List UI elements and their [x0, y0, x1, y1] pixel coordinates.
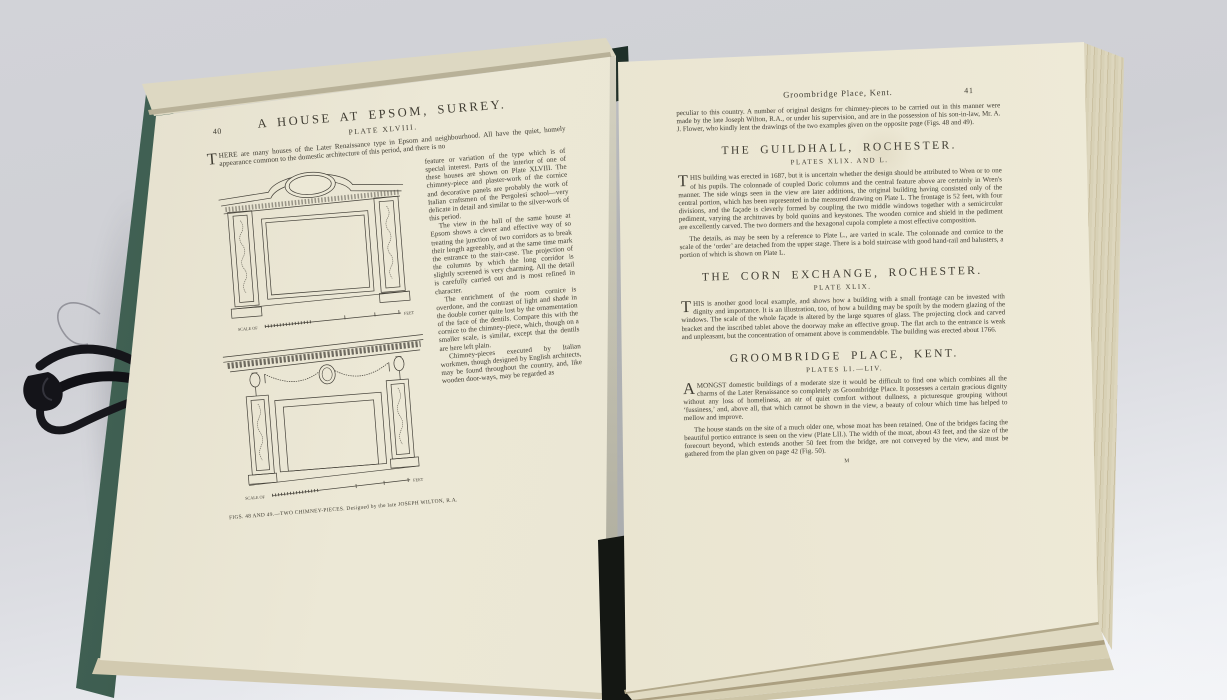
chimney-piece-drawing: SCALE OF FEET	[202, 154, 442, 510]
running-header-title: Groombridge Place, Kent.	[783, 87, 893, 100]
continuation-paragraph: peculiar to this country. A number of or…	[676, 101, 1001, 133]
section-paragraph-text: HIS is another good local example, and s…	[681, 292, 1005, 341]
scale-label: SCALE OF	[238, 325, 259, 332]
feet-label: FEET	[413, 477, 424, 483]
section-paragraph-text: HIS building was erected in 1687, but it…	[678, 167, 1003, 232]
right-page-number: 41	[964, 86, 974, 95]
drop-cap: T	[678, 174, 690, 188]
column-paragraph: The view in the hall of the same house a…	[430, 212, 576, 296]
upper-scale-bar: SCALE OF FEET	[237, 309, 415, 332]
feet-label: FEET	[404, 310, 415, 316]
column-paragraph: feature or variation of the type which i…	[424, 147, 570, 223]
left-page-number: 40	[212, 127, 222, 137]
left-page-content: 40 A HOUSE AT EPSOM, SURREY. PLATE XLVII…	[195, 84, 598, 521]
chimney-piece-figure: SCALE OF FEET	[202, 154, 443, 521]
right-page-content: Groombridge Place, Kent. 41 peculiar to …	[676, 84, 1009, 468]
section-paragraph: THIS building was erected in 1687, but i…	[678, 167, 1003, 232]
section-paragraph: The house stands on the site of a much o…	[684, 418, 1009, 459]
scale-label: SCALE OF	[245, 494, 266, 501]
drop-cap: A	[683, 382, 697, 396]
lower-scale-bar: SCALE OF FEET	[244, 477, 424, 501]
drop-cap: T	[681, 300, 693, 314]
section-paragraph: THIS is another good local example, and …	[681, 292, 1006, 341]
lower-chimney-piece	[222, 334, 433, 486]
upper-chimney-piece	[217, 165, 412, 318]
left-text-column: feature or variation of the type which i…	[424, 143, 592, 504]
